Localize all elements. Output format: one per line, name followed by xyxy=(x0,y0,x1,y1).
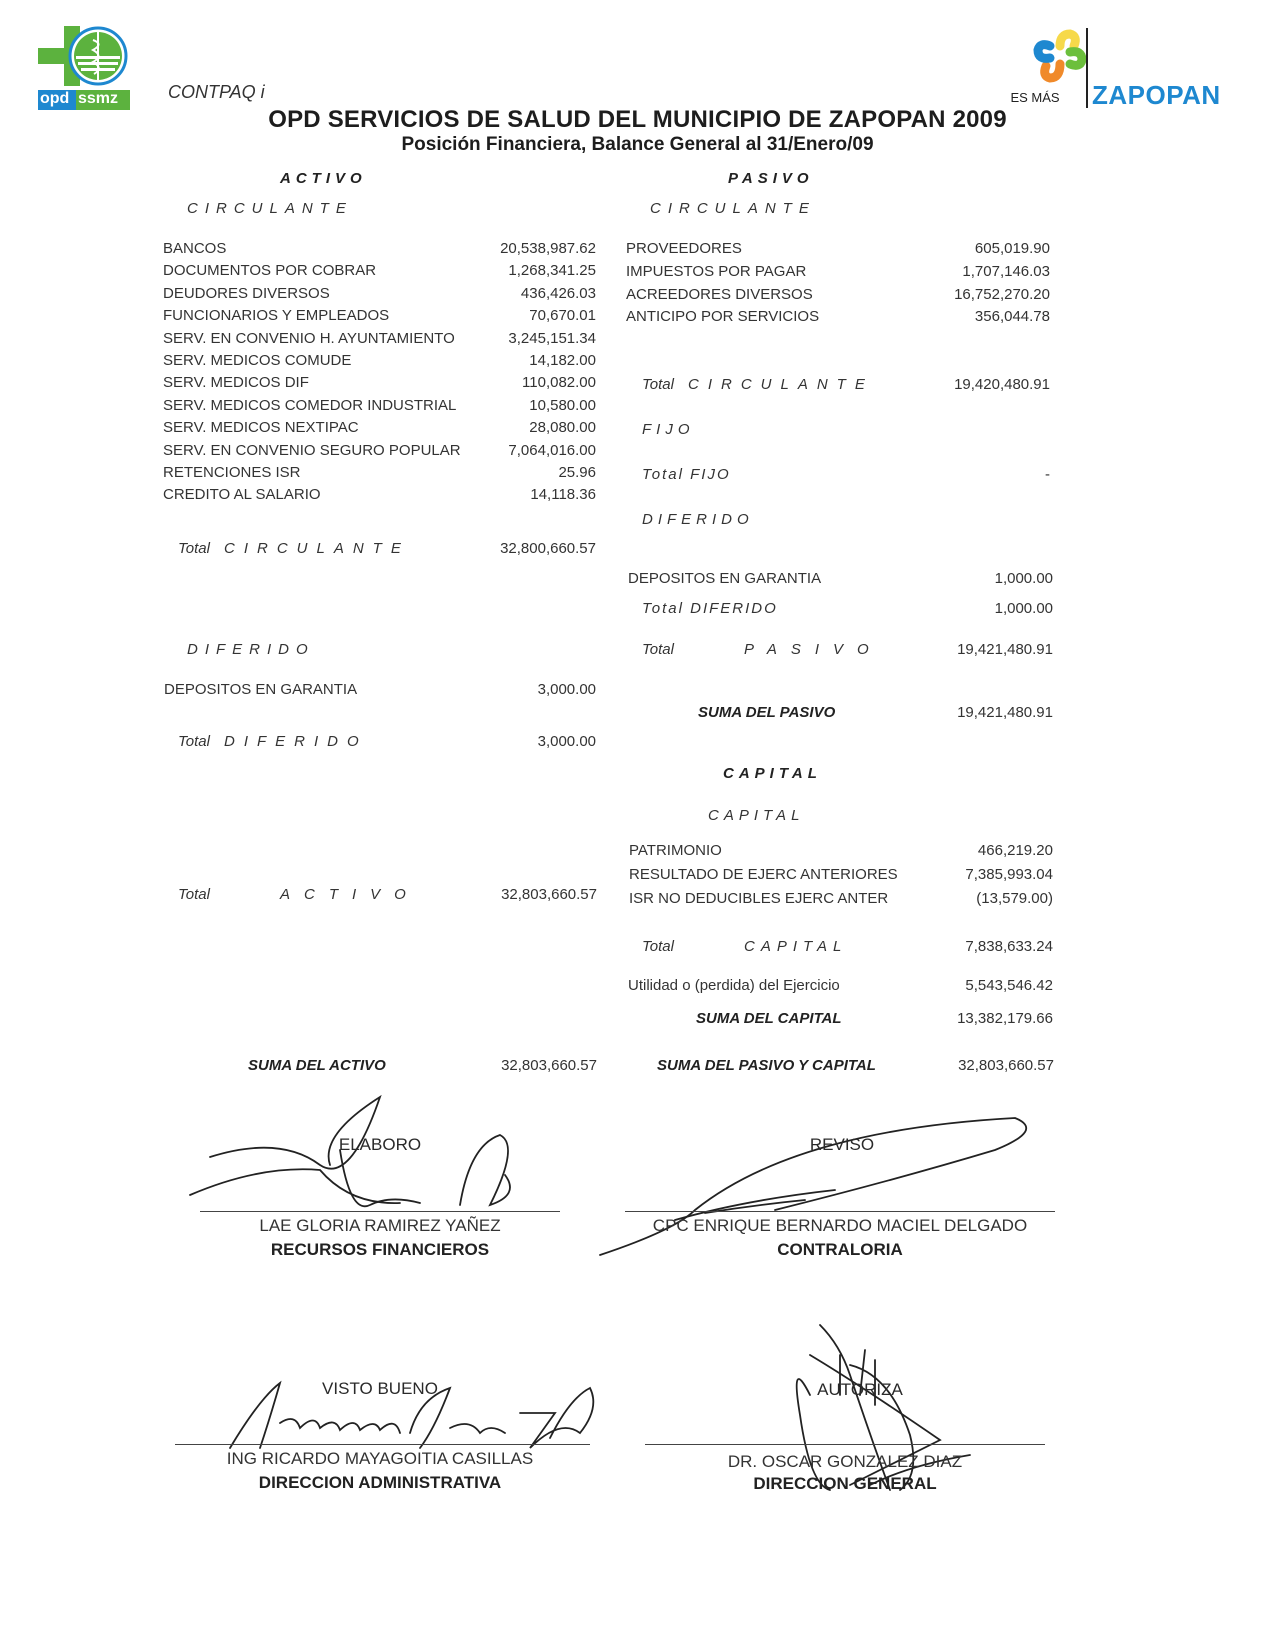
signature-line xyxy=(200,1211,560,1212)
pasivo-circulante-label: CIRCULANTE xyxy=(650,200,816,217)
signature-scrawl-icon xyxy=(200,1095,540,1225)
signatory-dept: RECURSOS FINANCIEROS xyxy=(180,1240,580,1260)
activo-total-diferido-amount: 3,000.00 xyxy=(440,733,596,750)
activo-item-label: SERV. MEDICOS COMUDE xyxy=(163,352,351,369)
signatory-dept: CONTRALORIA xyxy=(620,1240,1060,1260)
suma-pasivo-amount: 19,421,480.91 xyxy=(895,704,1053,721)
activo-item-label: SERV. MEDICOS COMEDOR INDUSTRIAL xyxy=(163,397,456,414)
capital-total-amount: 7,838,633.24 xyxy=(895,938,1053,955)
pasivo-item-amount: 356,044.78 xyxy=(895,308,1050,325)
capital-item-amount: 466,219.20 xyxy=(895,842,1053,859)
pasivo-diferido-item-label: DEPOSITOS EN GARANTIA xyxy=(628,570,821,587)
activo-item-amount: 1,268,341.25 xyxy=(440,262,596,279)
zapopan-tagline: ES MÁS xyxy=(990,90,1080,105)
pasivo-total-diferido-amount: 1,000.00 xyxy=(895,600,1053,617)
suma-capital-label: SUMA DEL CAPITAL xyxy=(696,1010,842,1027)
suma-activo-label: SUMA DEL ACTIVO xyxy=(248,1057,386,1074)
pasivo-total-label: TotalPASIVO xyxy=(642,641,883,658)
capital-item-label: ISR NO DEDUCIBLES EJERC ANTER xyxy=(629,890,888,907)
pasivo-total-circulante-amount: 19,420,480.91 xyxy=(895,376,1050,393)
opdssmz-logo: opd ssmz xyxy=(38,26,130,118)
pasivo-total-diferido-label: Total DIFERIDO xyxy=(642,600,778,617)
activo-item-amount: 25.96 xyxy=(440,464,596,481)
capital-item-label: RESULTADO DE EJERC ANTERIORES xyxy=(629,866,898,883)
activo-item-amount: 70,670.01 xyxy=(440,307,596,324)
activo-item-label: SERV. EN CONVENIO SEGURO POPULAR xyxy=(163,442,461,459)
suma-pasivo-capital-amount: 32,803,660.57 xyxy=(895,1057,1054,1074)
activo-item-label: DEUDORES DIVERSOS xyxy=(163,285,330,302)
signatory-name: ING RICARDO MAYAGOITIA CASILLAS xyxy=(180,1449,580,1469)
signatory-dept: DIRECCION ADMINISTRATIVA xyxy=(180,1473,580,1493)
activo-total-circulante-label: TotalCIRCULANTE xyxy=(178,540,410,557)
activo-item-amount: 7,064,016.00 xyxy=(440,442,596,459)
utilidad-amount: 5,543,546.42 xyxy=(895,977,1053,994)
activo-item-amount: 20,538,987.62 xyxy=(440,240,596,257)
suma-pasivo-capital-label: SUMA DEL PASIVO Y CAPITAL xyxy=(657,1057,876,1074)
pasivo-item-amount: 605,019.90 xyxy=(895,240,1050,257)
activo-item-amount: 28,080.00 xyxy=(440,419,596,436)
signatory-name: LAE GLORIA RAMIREZ YAÑEZ xyxy=(180,1216,580,1236)
pasivo-fijo-label: FIJO xyxy=(642,421,695,438)
activo-item-label: SERV. MEDICOS NEXTIPAC xyxy=(163,419,359,436)
pasivo-item-label: ANTICIPO POR SERVICIOS xyxy=(626,308,819,325)
activo-total-label: TotalACTIVO xyxy=(178,886,420,903)
pasivo-item-label: IMPUESTOS POR PAGAR xyxy=(626,263,806,280)
activo-item-amount: 110,082.00 xyxy=(440,374,596,391)
pasivo-heading: PASIVO xyxy=(728,170,814,187)
utilidad-label: Utilidad o (perdida) del Ejercicio xyxy=(628,977,840,994)
signature-line xyxy=(175,1444,590,1445)
activo-heading: ACTIVO xyxy=(280,170,367,187)
signature-scrawl-icon xyxy=(595,1110,1045,1260)
document-title: OPD SERVICIOS DE SALUD DEL MUNICIPIO DE … xyxy=(0,106,1275,134)
pasivo-item-amount: 1,707,146.03 xyxy=(895,263,1050,280)
pasivo-total-amount: 19,421,480.91 xyxy=(895,641,1053,658)
signatory-dept: DIRECCION GENERAL xyxy=(645,1474,1045,1494)
activo-total-amount: 32,803,660.57 xyxy=(440,886,597,903)
pasivo-item-label: PROVEEDORES xyxy=(626,240,742,257)
activo-diferido-item-amount: 3,000.00 xyxy=(440,681,596,698)
activo-item-amount: 14,182.00 xyxy=(440,352,596,369)
signatory-name: CPC ENRIQUE BERNARDO MACIEL DELGADO xyxy=(620,1216,1060,1236)
suma-activo-amount: 32,803,660.57 xyxy=(440,1057,597,1074)
signature-role: REVISO xyxy=(762,1135,922,1155)
logo-divider xyxy=(1086,28,1088,108)
capital-item-label: PATRIMONIO xyxy=(629,842,722,859)
activo-total-diferido-label: TotalDIFERIDO xyxy=(178,733,368,750)
activo-item-label: RETENCIONES ISR xyxy=(163,464,301,481)
pasivo-item-amount: 16,752,270.20 xyxy=(895,286,1050,303)
signatory-name: DR. OSCAR GONZALEZ DIAZ xyxy=(645,1452,1045,1472)
zapopan-knot-icon xyxy=(1030,26,1090,86)
capital-total-label: TotalCAPITAL xyxy=(642,938,847,955)
document-subtitle: Posición Financiera, Balance General al … xyxy=(0,134,1275,156)
pasivo-diferido-item-amount: 1,000.00 xyxy=(895,570,1053,587)
zapopan-logo: ES MÁS ZAPOPAN xyxy=(1030,26,1245,116)
signature-role: VISTO BUENO xyxy=(300,1379,460,1399)
activo-item-label: SERV. EN CONVENIO H. AYUNTAMIENTO xyxy=(163,330,455,347)
signature-role: ELABORO xyxy=(300,1135,460,1155)
pasivo-diferido-label: DIFERIDO xyxy=(642,511,754,528)
pasivo-item-label: ACREEDORES DIVERSOS xyxy=(626,286,813,303)
activo-item-amount: 14,118.36 xyxy=(440,486,596,503)
pasivo-total-fijo-amount: - xyxy=(895,466,1050,483)
capital-item-amount: (13,579.00) xyxy=(895,890,1053,907)
activo-item-label: SERV. MEDICOS DIF xyxy=(163,374,309,391)
signature-role: AUTORIZA xyxy=(790,1380,930,1400)
capital-sub-label: CAPITAL xyxy=(708,807,804,824)
activo-diferido-label: DIFERIDO xyxy=(187,641,315,658)
activo-total-circulante-amount: 32,800,660.57 xyxy=(440,540,596,557)
suma-capital-amount: 13,382,179.66 xyxy=(895,1010,1053,1027)
activo-diferido-item-label: DEPOSITOS EN GARANTIA xyxy=(164,681,357,698)
capital-item-amount: 7,385,993.04 xyxy=(895,866,1053,883)
activo-item-amount: 436,426.03 xyxy=(440,285,596,302)
activo-item-amount: 3,245,151.34 xyxy=(440,330,596,347)
capital-heading: CAPITAL xyxy=(723,765,822,782)
pasivo-total-fijo-label: Total FIJO xyxy=(642,466,731,483)
activo-item-amount: 10,580.00 xyxy=(440,397,596,414)
activo-item-label: FUNCIONARIOS Y EMPLEADOS xyxy=(163,307,389,324)
activo-item-label: CREDITO AL SALARIO xyxy=(163,486,321,503)
activo-circulante-label: CIRCULANTE xyxy=(187,200,353,217)
suma-pasivo-label: SUMA DEL PASIVO xyxy=(698,704,835,721)
pasivo-total-circulante-label: TotalCIRCULANTE xyxy=(642,376,874,393)
activo-item-label: DOCUMENTOS POR COBRAR xyxy=(163,262,376,279)
signature-line xyxy=(645,1444,1045,1445)
software-label: CONTPAQ i xyxy=(168,82,265,103)
signature-line xyxy=(625,1211,1055,1212)
activo-item-label: BANCOS xyxy=(163,240,226,257)
